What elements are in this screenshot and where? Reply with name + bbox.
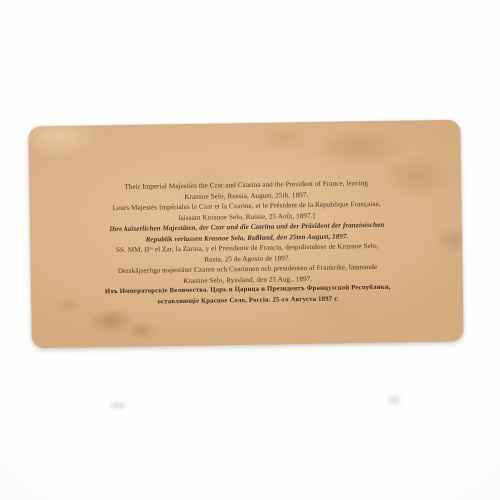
caption-russian: Ихъ Императорскіе Величества. Царь и Цар… bbox=[77, 282, 419, 308]
photo-artifact bbox=[110, 403, 126, 408]
stereocard-back: Their Imperial Majesties the Czar and Cz… bbox=[28, 120, 463, 349]
photo-artifact bbox=[388, 396, 400, 404]
caption-block: Their Imperial Majesties the Czar and Cz… bbox=[75, 177, 419, 308]
photo-background: Their Imperial Majesties the Czar and Cz… bbox=[0, 0, 500, 500]
